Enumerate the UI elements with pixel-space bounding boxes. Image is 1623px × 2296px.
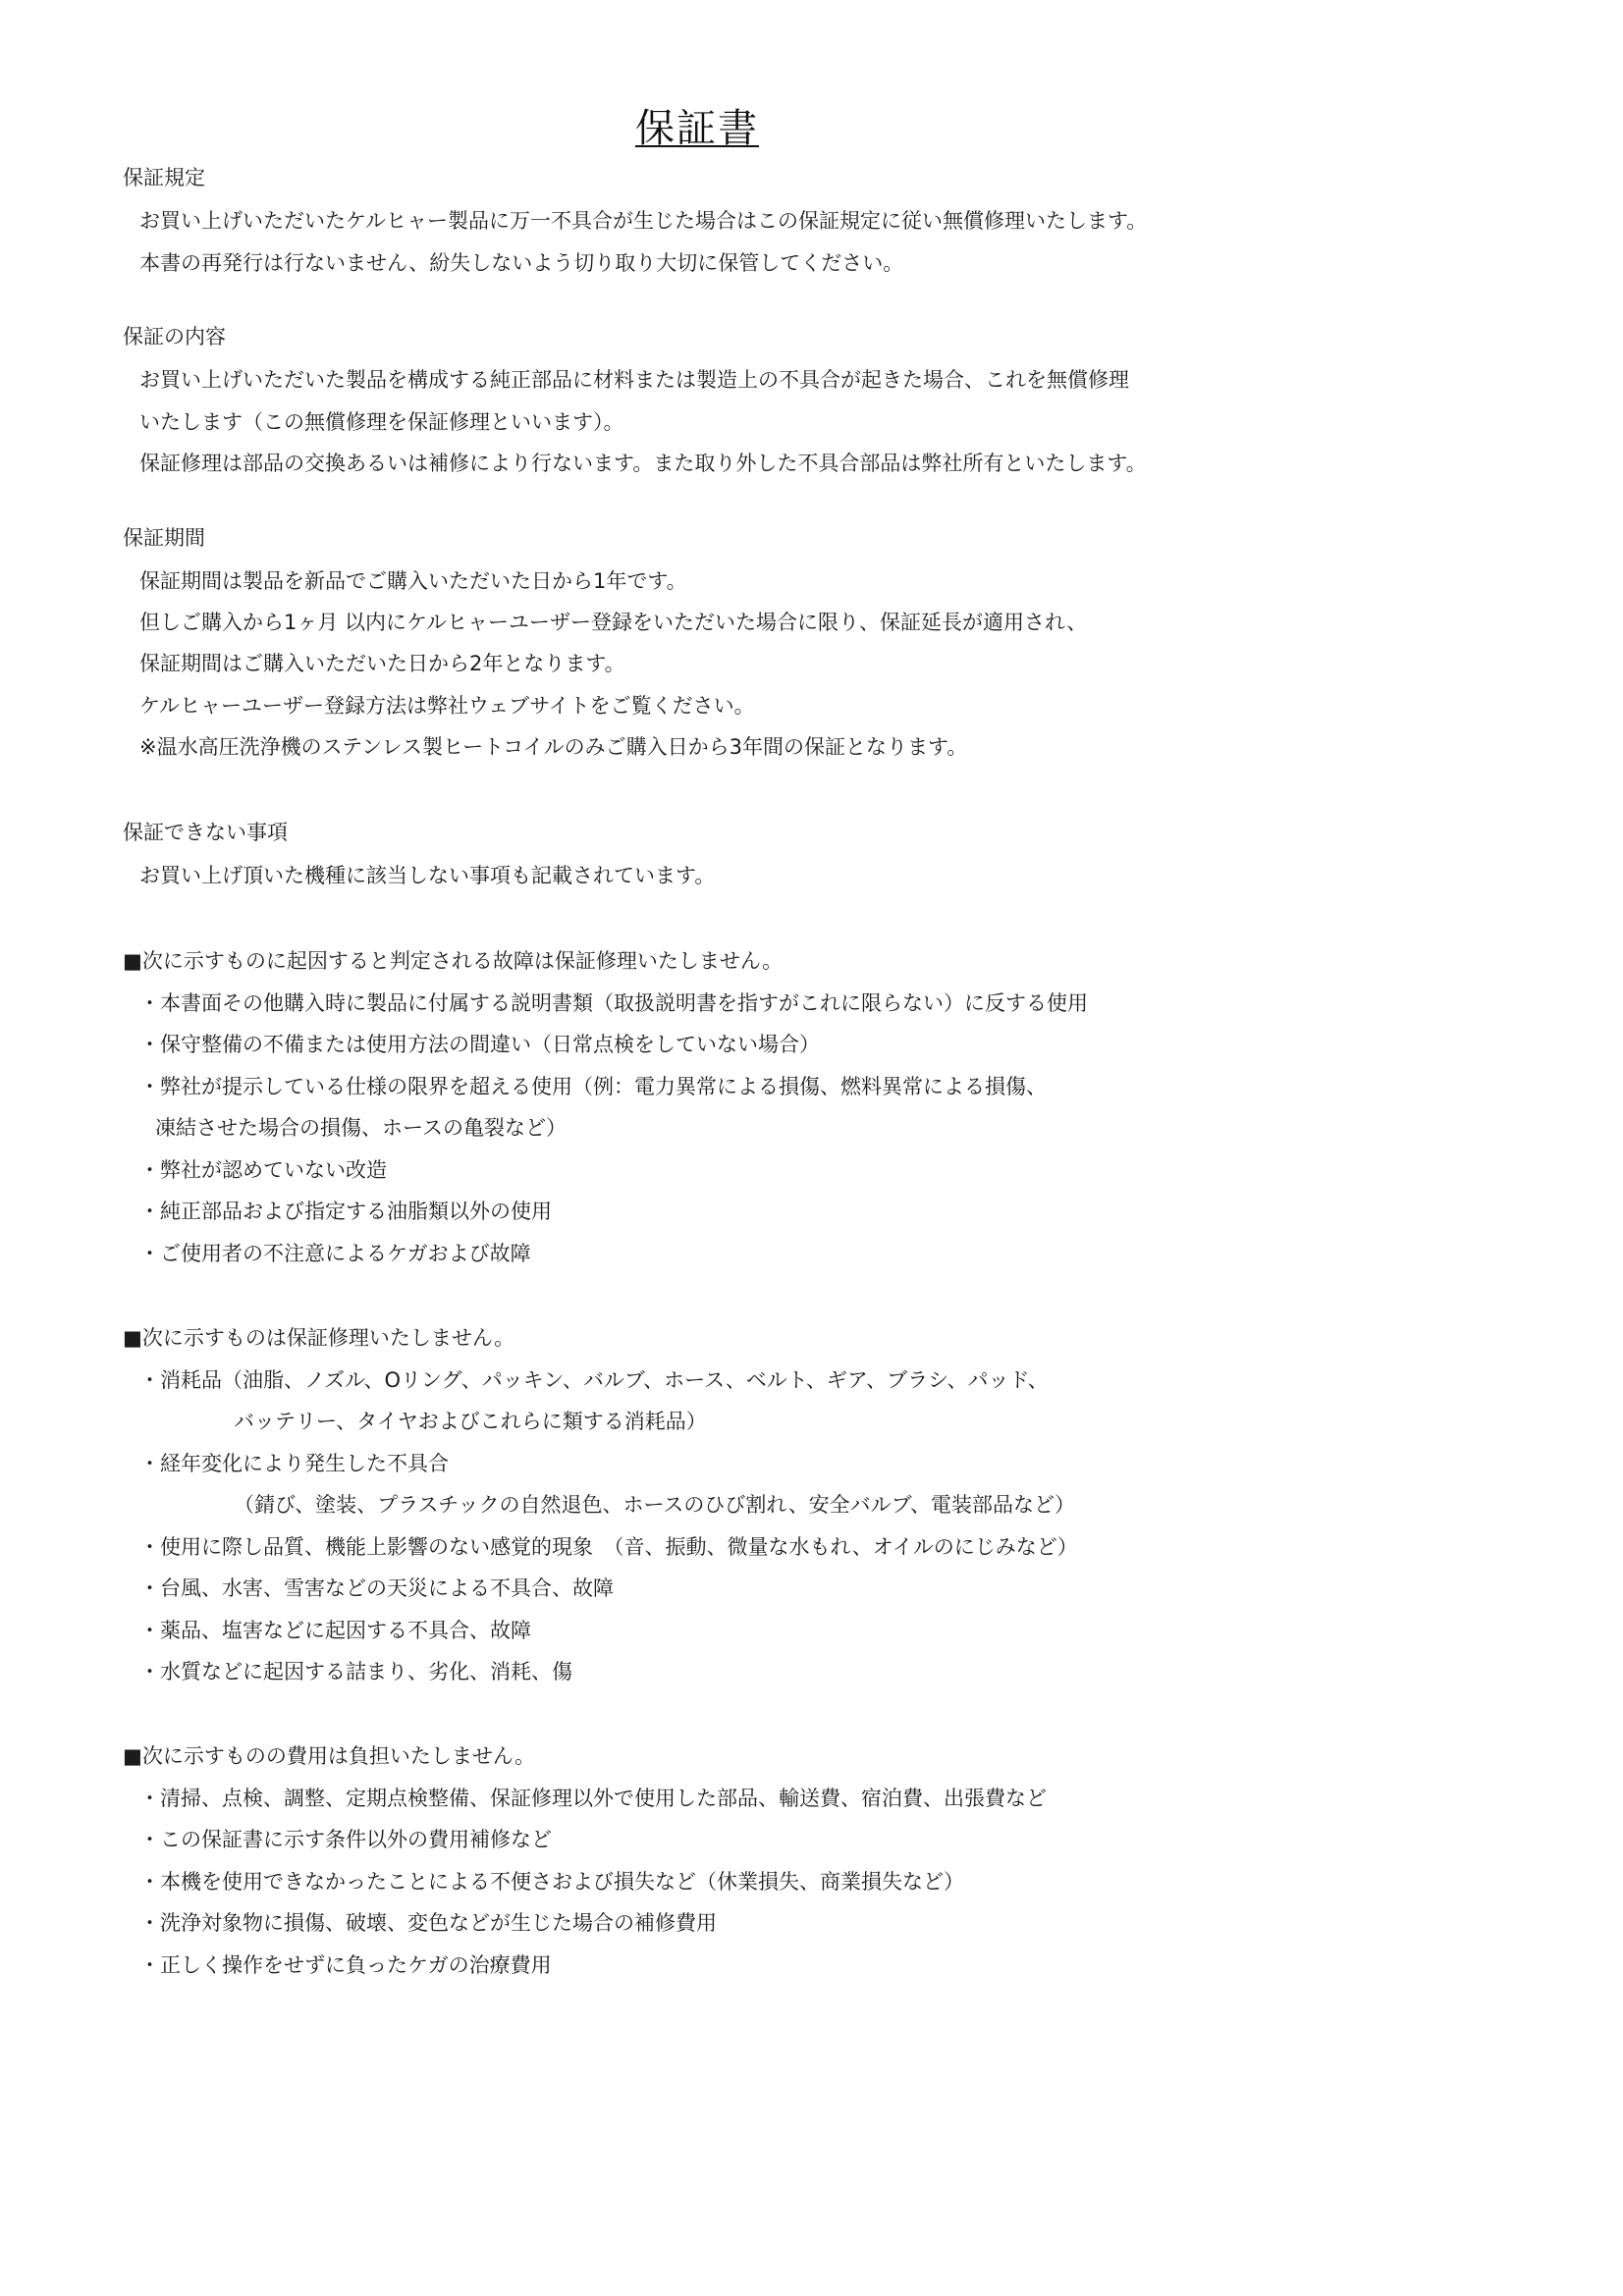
warranty-document: 保証書 保証規定 お買い上げいただいたケルヒャー製品に万一不具合が生じた場合はこ… — [0, 0, 1623, 2296]
exclusion-item-continuation: （錆び、塗装、プラスチックの自然退色、ホースのひび割れ、安全バルブ、電装部品など… — [234, 1491, 1075, 1519]
exclusion-item: ・この保証書に示す条件以外の費用補修など — [139, 1826, 552, 1853]
section-line: 但しご購入から1ヶ月 以内にケルヒャーユーザー登録をいただいた場合に限り、保証延… — [139, 609, 1087, 636]
exclusion-item: ・使用に際し品質、機能上影響のない感覚的現象 （音、振動、微量な水もれ、オイルの… — [139, 1533, 1078, 1561]
exclusion-item: ・本書面その他購入時に製品に付属する説明書類（取扱説明書を指すがこれに限らない）… — [139, 989, 1088, 1017]
exclusion-item-continuation: 凍結させた場合の損傷、ホースの亀裂など） — [155, 1114, 567, 1142]
section-line: 保証期間は製品を新品でご購入いただいた日から1年です。 — [139, 567, 687, 595]
section-heading-warranty-content: 保証の内容 — [123, 323, 226, 350]
exclusion-item: ・純正部品および指定する油脂類以外の使用 — [139, 1198, 552, 1225]
exclusion-item: ・保守整備の不備または使用方法の間違い（日常点検をしていない場合） — [139, 1031, 820, 1058]
section-line: いたします（この無償修理を保証修理といいます）。 — [139, 408, 624, 436]
section-line: 保証修理は部品の交換あるいは補修により行ないます。また取り外した不具合部品は弊社… — [139, 450, 1147, 477]
exclusion-item: ・洗浄対象物に損傷、破壊、変色などが生じた場合の補修費用 — [139, 1909, 717, 1937]
exclusion-group-heading: ■次に示すものの費用は負担いたしません。 — [123, 1742, 535, 1770]
section-line: ※温水高圧洗浄機のステンレス製ヒートコイルのみご購入日から3年間の保証となります… — [139, 733, 967, 761]
exclusion-item: ・消耗品（油脂、ノズル、Oリング、パッキン、バルブ、ホース、ベルト、ギア、ブラシ… — [139, 1366, 1049, 1394]
exclusion-item: ・水質などに起因する詰まり、劣化、消耗、傷 — [139, 1658, 572, 1685]
exclusion-group-heading: ■次に示すものに起因すると判定される故障は保証修理いたしません。 — [123, 947, 783, 975]
exclusion-item: ・清掃、点検、調整、定期点検整備、保証修理以外で使用した部品、輸送費、宿泊費、出… — [139, 1785, 1047, 1812]
section-heading-warranty-terms: 保証規定 — [123, 164, 205, 191]
section-line: 保証期間はご購入いただいた日から2年となります。 — [139, 650, 625, 677]
section-line: お買い上げいただいた製品を構成する純正部品に材料または製造上の不具合が起きた場合… — [139, 366, 1129, 394]
exclusion-item: ・正しく操作をせずに負ったケガの治療費用 — [139, 1951, 552, 1979]
section-line: お買い上げいただいたケルヒャー製品に万一不具合が生じた場合はこの保証規定に従い無… — [139, 207, 1147, 235]
exclusion-item: ・本機を使用できなかったことによる不便さおよび損失など（休業損失、商業損失など） — [139, 1868, 964, 1896]
section-heading-warranty-period: 保証期間 — [123, 524, 205, 552]
section-line: 本書の再発行は行ないません、紛失しないよう切り取り大切に保管してください。 — [139, 249, 903, 277]
section-line: ケルヒャーユーザー登録方法は弊社ウェブサイトをご覧ください。 — [139, 692, 755, 720]
exclusion-item: ・薬品、塩害などに起因する不具合、故障 — [139, 1617, 531, 1644]
exclusion-item: ・台風、水害、雪害などの天災による不具合、故障 — [139, 1575, 614, 1602]
exclusion-item: ・経年変化により発生した不具合 — [139, 1450, 449, 1477]
exclusion-item-continuation: バッテリー、タイヤおよびこれらに類する消耗品） — [234, 1408, 707, 1435]
exclusion-item: ・ご使用者の不注意によるケガおよび故障 — [139, 1240, 531, 1267]
section-line: お買い上げ頂いた機種に該当しない事項も記載されています。 — [139, 862, 715, 889]
exclusion-item: ・弊社が提示している仕様の限界を超える使用（例：電力異常による損傷、燃料異常によ… — [139, 1073, 1047, 1100]
exclusion-item: ・弊社が認めていない改造 — [139, 1156, 387, 1184]
section-heading-not-covered: 保証できない事項 — [123, 819, 288, 846]
exclusion-group-heading: ■次に示すものは保証修理いたしません。 — [123, 1324, 514, 1352]
document-title: 保証書 — [0, 104, 1394, 153]
